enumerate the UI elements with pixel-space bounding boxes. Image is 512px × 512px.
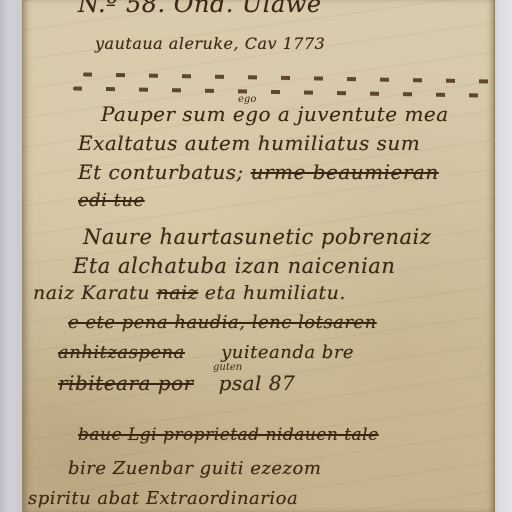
- basque-line-5: anhitzaspena yuiteanda bre: [58, 342, 354, 363]
- basque-line-3: naiz Karatu naiz eta humiliatu.: [33, 282, 346, 304]
- dashed-separator-2: [73, 86, 483, 97]
- manuscript-page: N.º 58. Ond. Ulawe yautaua aleruke, Cav …: [22, 0, 495, 512]
- latin-line-3-text: Et conturbatus;: [78, 160, 244, 184]
- struck-text: naiz: [157, 282, 199, 304]
- basque-line-2: Eta alchatuba izan naicenian: [73, 254, 395, 278]
- header-title-line: N.º 58. Ond. Ulawe: [78, 0, 322, 18]
- basque-line-3-text: naiz Karatu: [33, 282, 150, 304]
- basque-line-3-end: eta humiliatu.: [205, 282, 346, 304]
- basque-line-5-text: yuiteanda bre: [221, 342, 354, 363]
- basque-line-1: Naure haurtasunetic pobrenaiz: [83, 225, 431, 249]
- dashed-separator-1: [83, 72, 493, 83]
- latin-line-3: Et conturbatus; urme beaumieran: [78, 160, 439, 184]
- struck-line: baue Lgi proprietad nidauen tale: [78, 425, 379, 445]
- basque-line-9: spiritu abat Extraordinarioa: [28, 488, 298, 509]
- struck-text: ribiteara por: [58, 371, 194, 395]
- basque-line-8: bire Zuenbar guiti ezezom: [68, 458, 321, 479]
- header-subtitle-line: yautaua aleruke, Cav 1773: [95, 34, 325, 53]
- basque-line-6: ribiteara por psal 87: [58, 371, 295, 395]
- struck-line: e ete pena haudia, lenc lotsaren: [68, 312, 377, 333]
- latin-line-2: Exaltatus autem humiliatus sum: [78, 131, 420, 155]
- psalm-reference: psal 87: [219, 371, 296, 395]
- struck-text: urme beaumieran: [251, 160, 439, 184]
- struck-line: edi tue: [78, 190, 145, 211]
- latin-line-1: Pauper sum ego a juventute mea: [101, 102, 449, 126]
- struck-text: anhitzaspena: [58, 342, 185, 363]
